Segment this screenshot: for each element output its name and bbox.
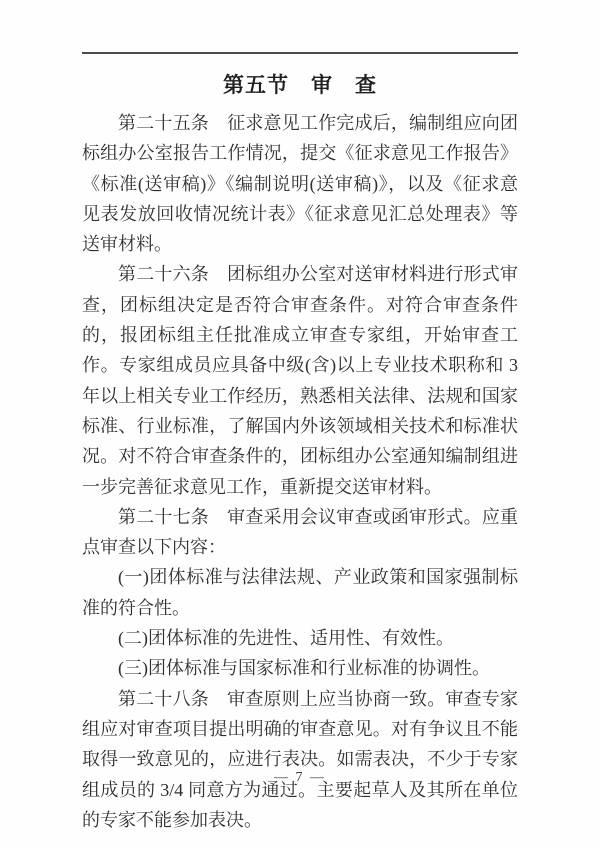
paragraph-article-27: 第二十七条 审查采用会议审查或函审形式。应重点审查以下内容：: [82, 502, 518, 563]
paragraph-article-26: 第二十六条 团标组办公室对送审材料进行形式审查，团标组决定是否符合审查条件。对符…: [82, 259, 518, 501]
list-item-3: (三)团体标准与国家标准和行业标准的协调性。: [82, 653, 518, 683]
header-rule: [82, 52, 518, 54]
paragraph-article-25: 第二十五条 征求意见工作完成后，编制组应向团标组办公室报告工作情况，提交《征求意…: [82, 108, 518, 259]
section-title: 第五节 审 查: [82, 70, 518, 100]
list-item-2: (二)团体标准的先进性、适用性、有效性。: [82, 623, 518, 653]
paragraph-article-28: 第二十八条 审查原则上应当协商一致。审查专家组应对审查项目提出明确的审查意见。对…: [82, 684, 518, 835]
document-body: 第二十五条 征求意见工作完成后，编制组应向团标组办公室报告工作情况，提交《征求意…: [82, 108, 518, 835]
document-page: 第五节 审 查 第二十五条 征求意见工作完成后，编制组应向团标组办公室报告工作情…: [0, 0, 600, 848]
page-number: — 7 —: [0, 770, 600, 786]
list-item-1: (一)团体标准与法律法规、产业政策和国家强制标准的符合性。: [82, 562, 518, 623]
page-content: 第五节 审 查 第二十五条 征求意见工作完成后，编制组应向团标组办公室报告工作情…: [82, 52, 518, 835]
